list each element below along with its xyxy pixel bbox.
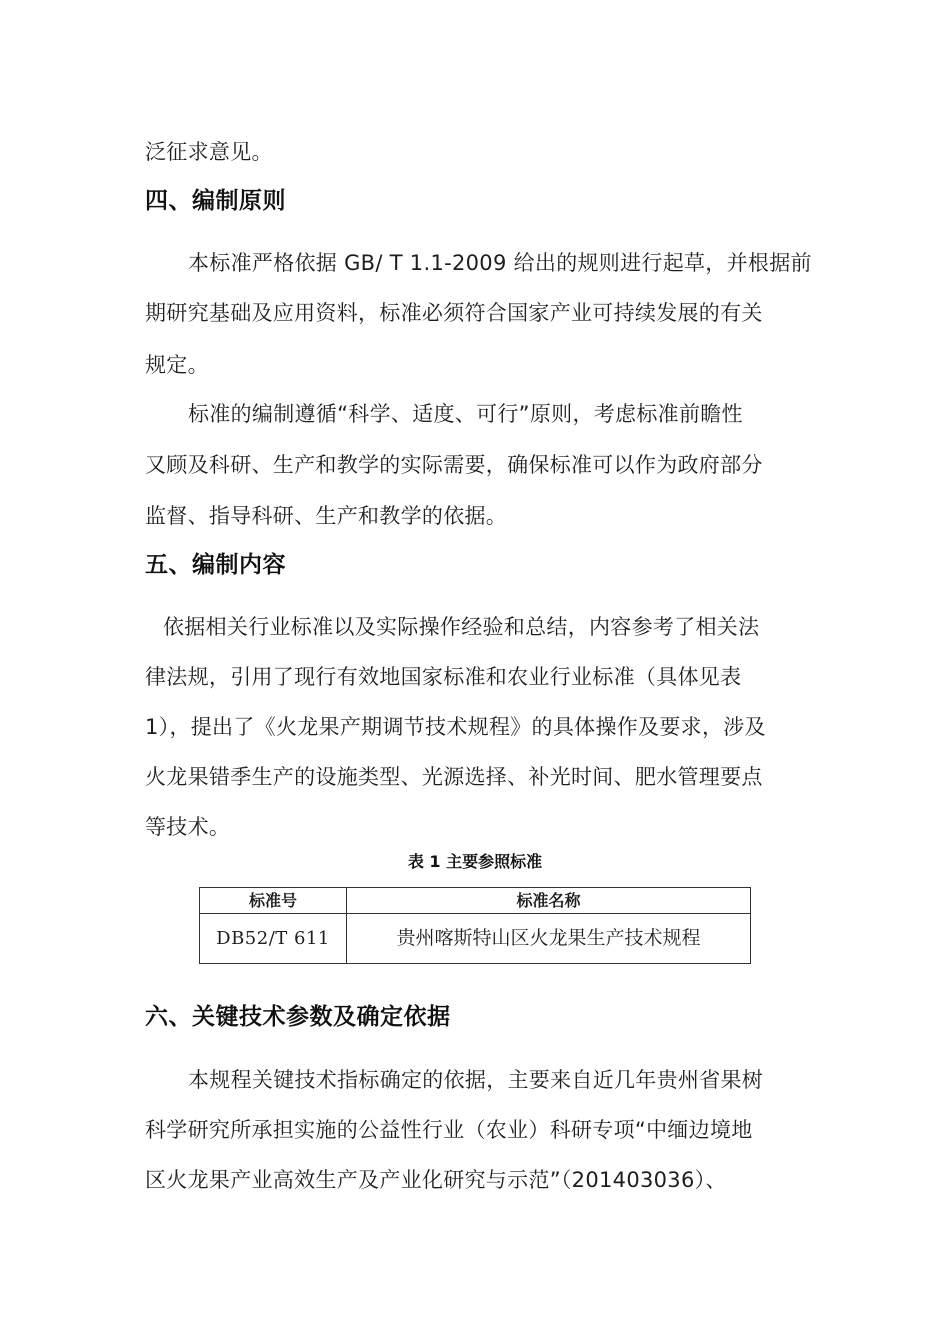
section-heading-5: 五、编制内容	[145, 549, 286, 581]
paragraph-line: 本标准严格依据 GB/ T 1.1-2009 给出的规则进行起草，并根据前	[188, 248, 812, 278]
paragraph-line: 等技术。	[145, 812, 230, 842]
paragraph-line: 期研究基础及应用资料，标准必须符合国家产业可持续发展的有关	[145, 298, 763, 328]
paragraph-line: 火龙果错季生产的设施类型、光源选择、补光时间、肥水管理要点	[145, 762, 763, 792]
paragraph-line: 规定。	[145, 350, 209, 380]
paragraph-line: 泛征求意见。	[145, 137, 273, 167]
paragraph-line: 1），提出了《火龙果产期调节技术规程》的具体操作及要求，涉及	[145, 712, 766, 742]
paragraph-line: 律法规，引用了现行有效地国家标准和农业行业标准（具体见表	[145, 662, 741, 692]
table-header-row: 标准号 标准名称	[200, 888, 751, 914]
column-header-standard-name: 标准名称	[347, 888, 751, 914]
document-page: 泛征求意见。 四、编制原则 本标准严格依据 GB/ T 1.1-2009 给出的…	[0, 0, 950, 1344]
reference-standards-table: 标准号 标准名称 DB52/T 611 贵州喀斯特山区火龙果生产技术规程	[199, 887, 751, 964]
table-row: DB52/T 611 贵州喀斯特山区火龙果生产技术规程	[200, 914, 751, 964]
paragraph-line: 本规程关键技术指标确定的依据，主要来自近几年贵州省果树	[188, 1065, 763, 1095]
section-heading-4: 四、编制原则	[145, 185, 286, 217]
paragraph-line: 监督、指导科研、生产和教学的依据。	[145, 501, 507, 531]
table-caption: 表 1 主要参照标准	[0, 850, 950, 874]
paragraph-line: 标准的编制遵循“科学、适度、可行”原则，考虑标准前瞻性	[188, 399, 743, 429]
cell-standard-number: DB52/T 611	[200, 914, 347, 964]
paragraph-line: 区火龙果产业高效生产及产业化研究与示范”（201403036）、	[145, 1165, 727, 1195]
paragraph-line: 又顾及科研、生产和教学的实际需要，确保标准可以作为政府部分	[145, 450, 763, 480]
cell-standard-name: 贵州喀斯特山区火龙果生产技术规程	[347, 914, 751, 964]
column-header-standard-number: 标准号	[200, 888, 347, 914]
section-heading-6: 六、关键技术参数及确定依据	[145, 1001, 451, 1033]
paragraph-line: 依据相关行业标准以及实际操作经验和总结，内容参考了相关法	[163, 612, 759, 642]
paragraph-line: 科学研究所承担实施的公益性行业（农业）科研专项“中缅边境地	[145, 1115, 753, 1145]
